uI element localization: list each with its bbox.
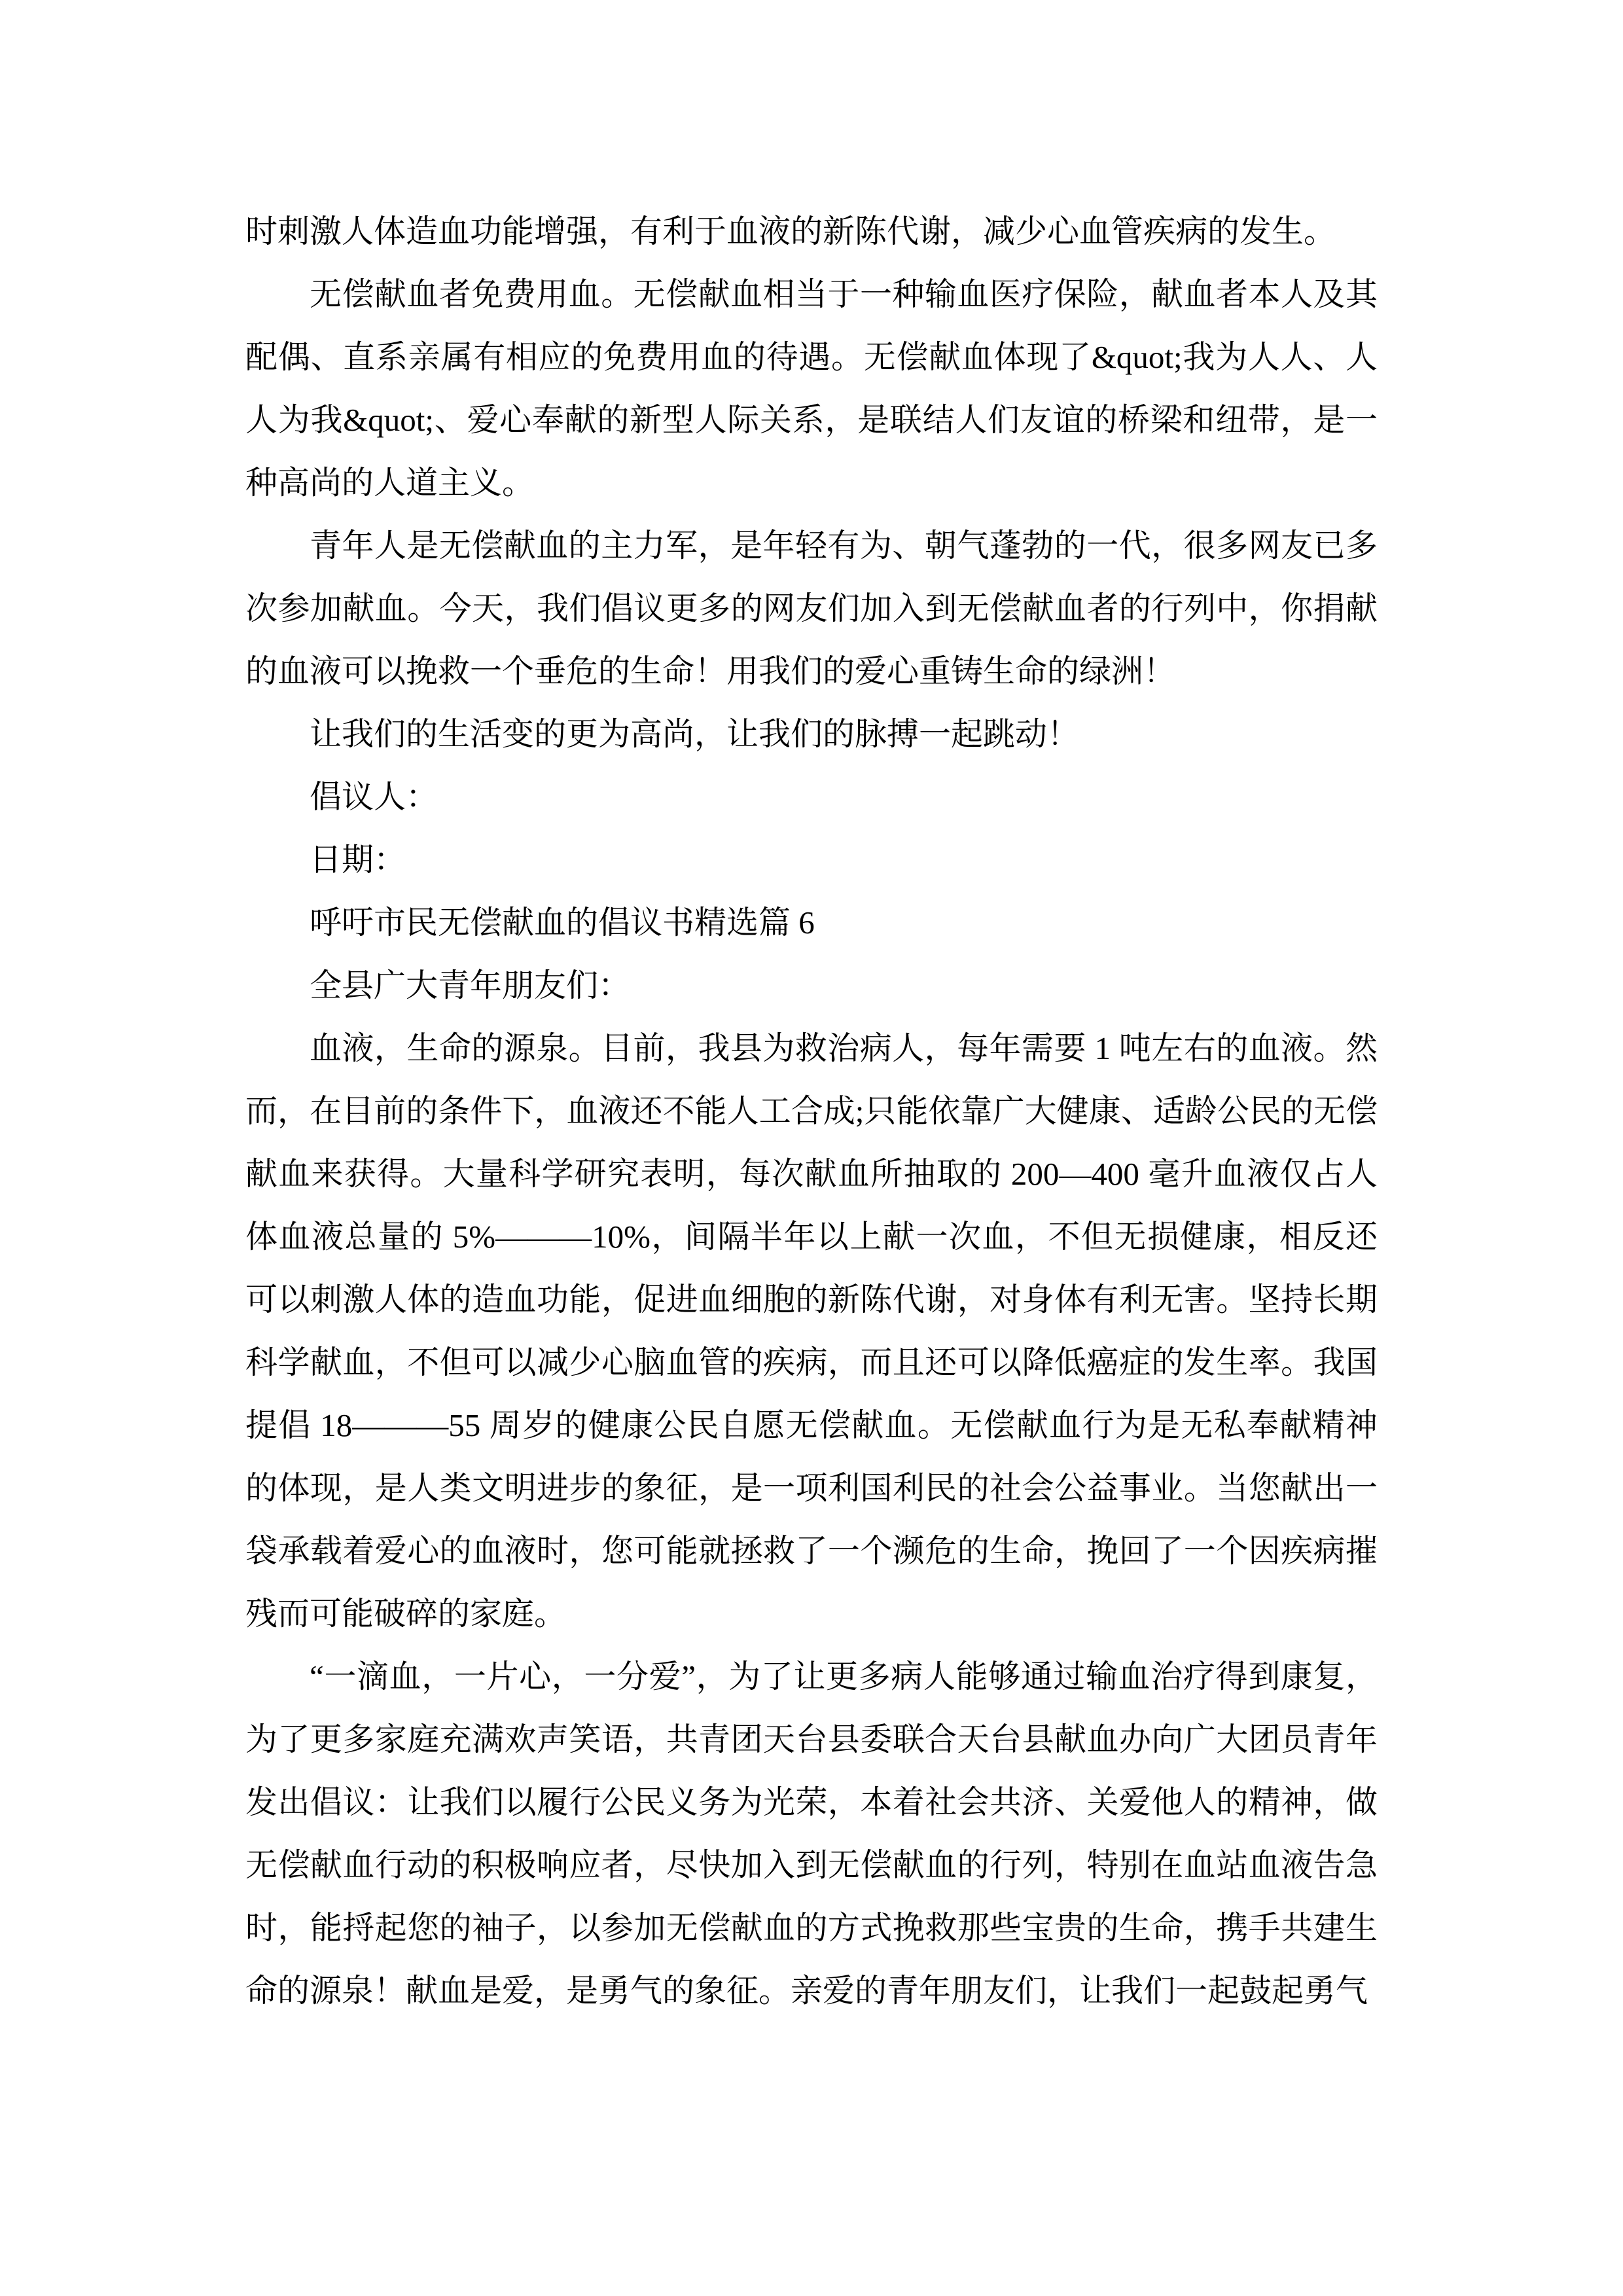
paragraph-signature: 倡议人： [245,766,1378,829]
document-text: 时刺激人体造血功能增强，有利于血液的新陈代谢，减少心血管疾病的发生。 无偿献血者… [245,200,1378,2022]
paragraph-section-title: 呼吁市民无偿献血的倡议书精选篇 6 [245,891,1378,954]
paragraph: 血液，生命的源泉。目前，我县为救治病人，每年需要 1 吨左右的血液。然而，在目前… [245,1017,1378,1645]
paragraph: 时刺激人体造血功能增强，有利于血液的新陈代谢，减少心血管疾病的发生。 [245,200,1378,263]
paragraph: “一滴血，一片心，一分爱”，为了让更多病人能够通过输血治疗得到康复，为了更多家庭… [245,1645,1378,2022]
paragraph: 让我们的生活变的更为高尚，让我们的脉搏一起跳动！ [245,703,1378,766]
paragraph: 青年人是无偿献血的主力军，是年轻有为、朝气蓬勃的一代，很多网友已多次参加献血。今… [245,514,1378,703]
paragraph-salutation: 全县广大青年朋友们： [245,954,1378,1017]
paragraph-date: 日期： [245,829,1378,891]
document-page: 时刺激人体造血功能增强，有利于血液的新陈代谢，减少心血管疾病的发生。 无偿献血者… [0,0,1623,2296]
paragraph: 无偿献血者免费用血。无偿献血相当于一种输血医疗保险，献血者本人及其配偶、直系亲属… [245,263,1378,514]
